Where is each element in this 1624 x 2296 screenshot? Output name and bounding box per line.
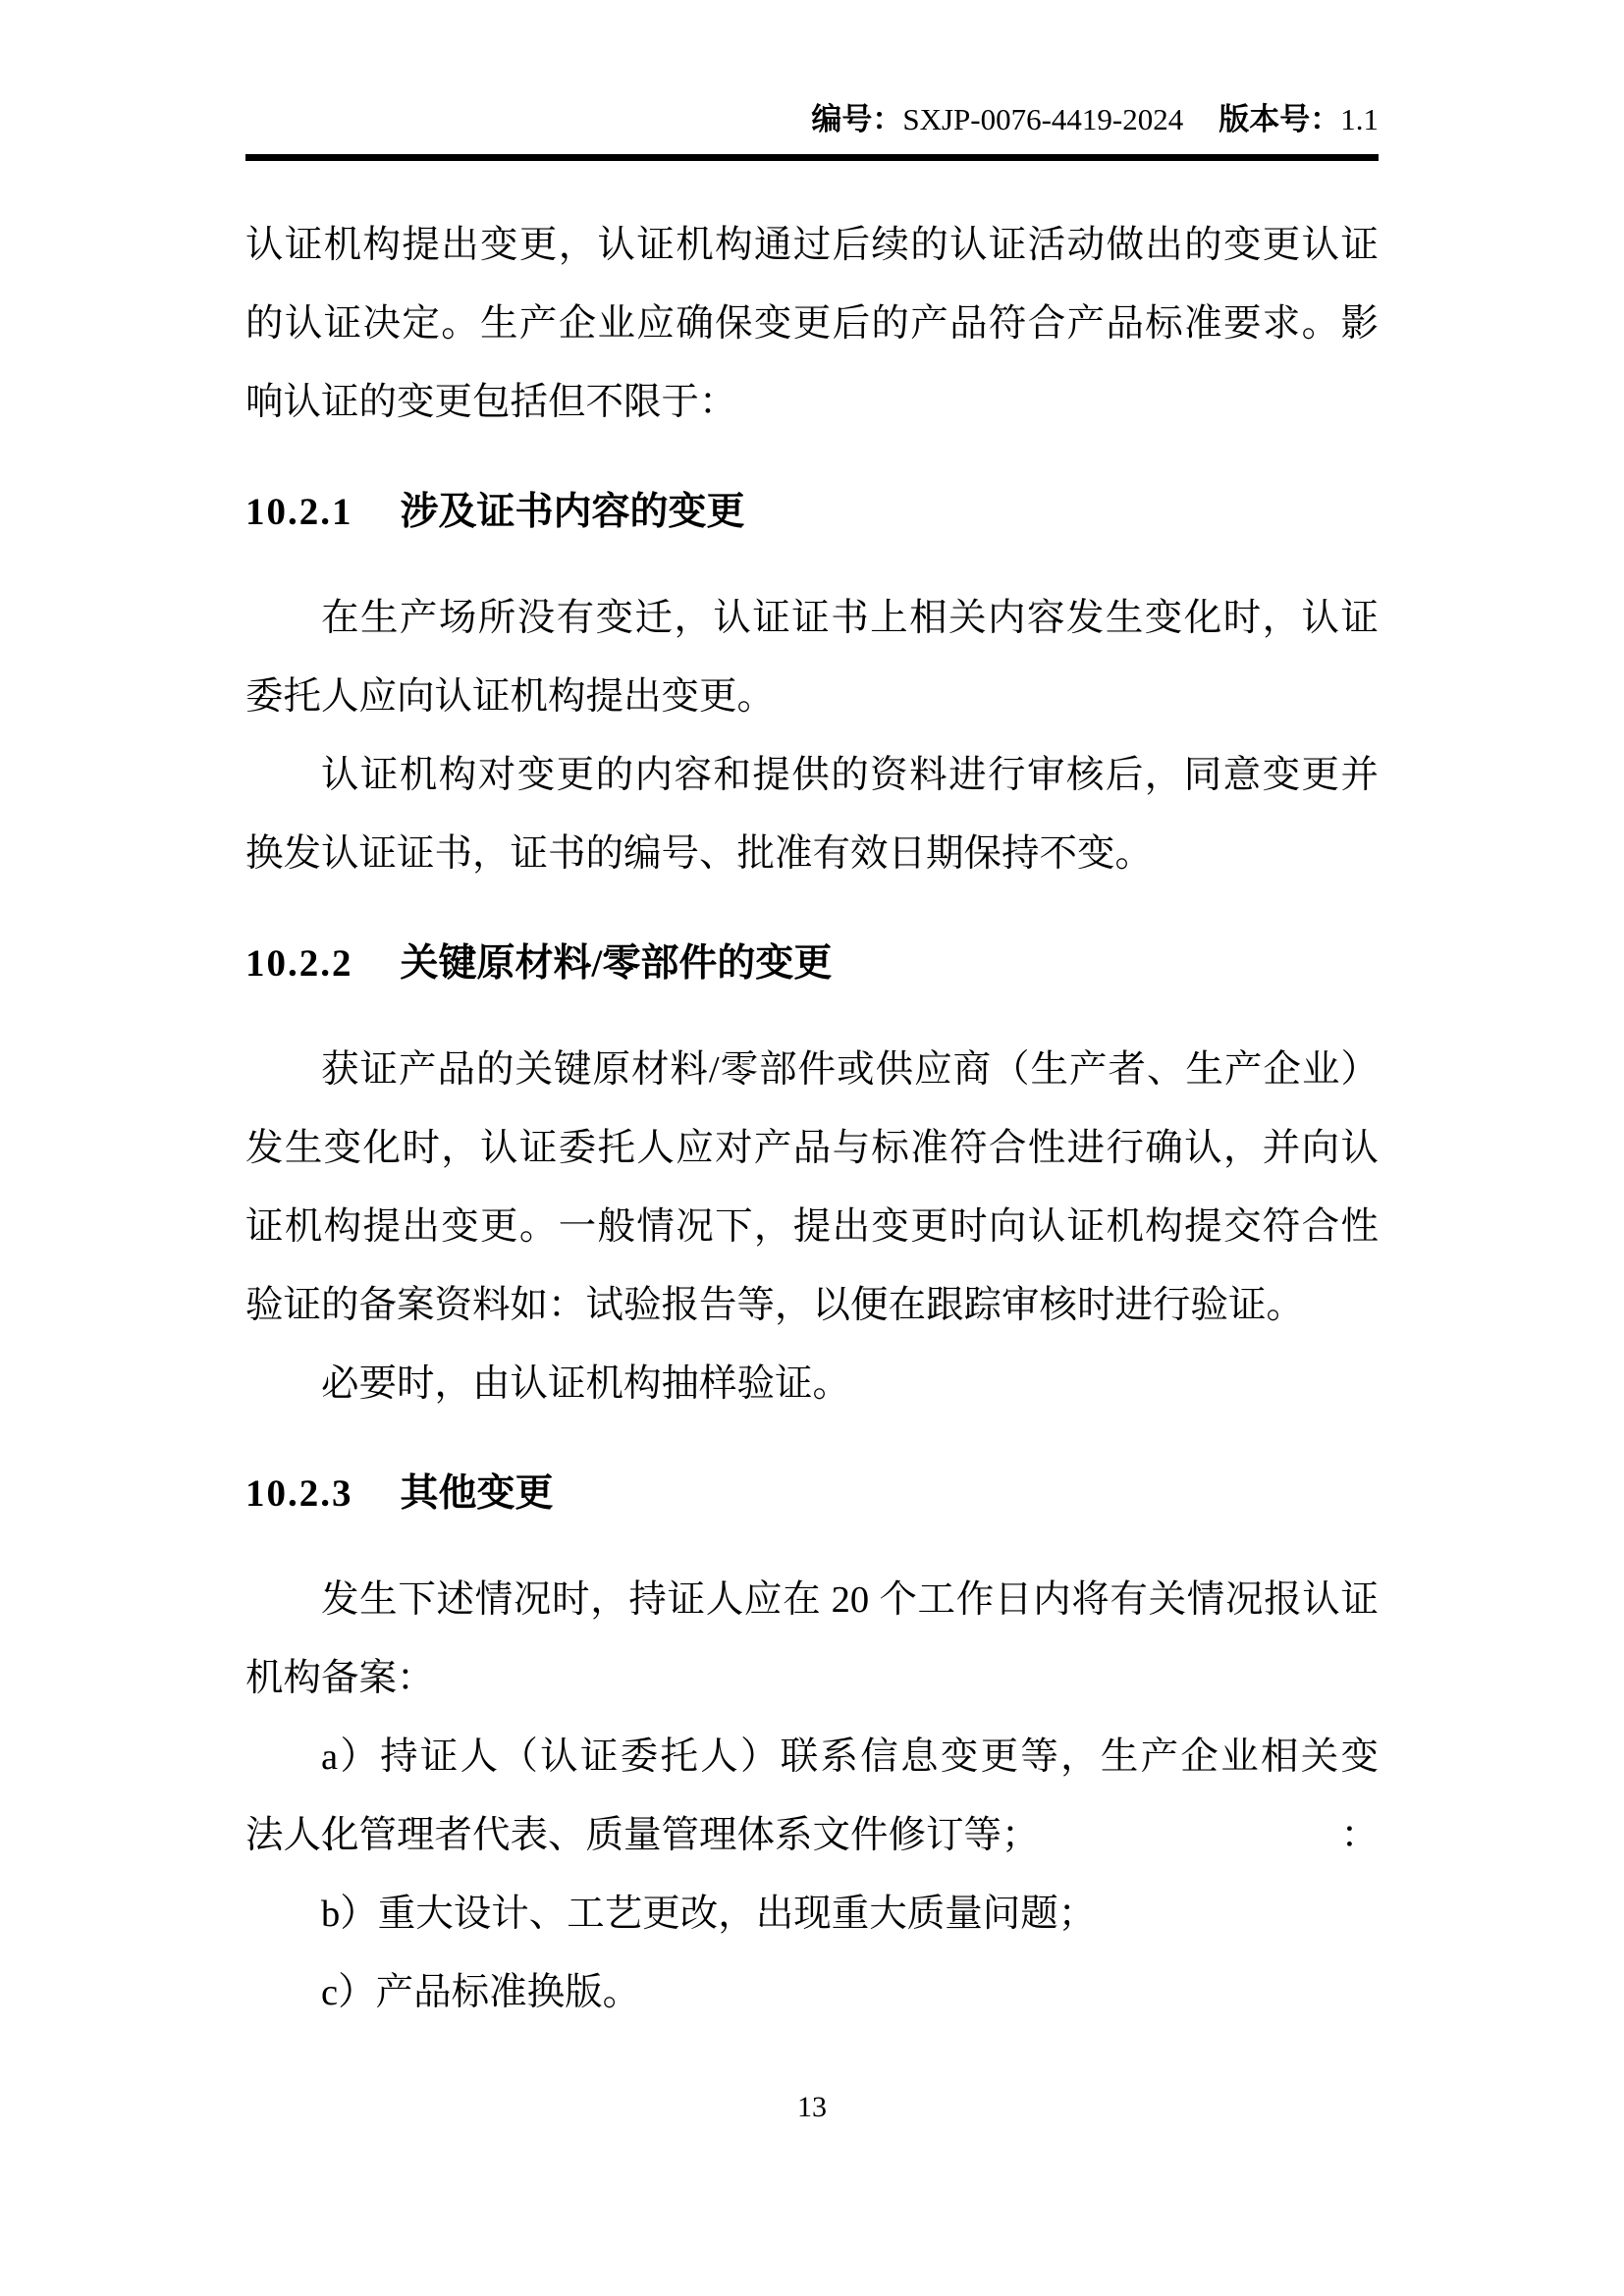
- text-line: 获证产品的关键原材料/零部件或供应商（生产者、生产企业）: [245, 1031, 1379, 1109]
- version-label: 版本号：: [1218, 102, 1340, 136]
- text-line: 换发认证证书，证书的编号、批准有效日期保持不变。: [245, 815, 1379, 893]
- document-page: 编号：SXJP-0076-4419-2024版本号：1.1 认证机构提出变更，认…: [0, 0, 1624, 2296]
- section-heading: 10.2.2关键原材料/零部件的变更: [245, 925, 1379, 1003]
- text-line: 认证机构提出变更，认证机构通过后续的认证活动做出的变更认证: [245, 206, 1379, 285]
- section-heading: 10.2.3其他变更: [245, 1455, 1379, 1533]
- text-line: 认证机构对变更的内容和提供的资料进行审核后，同意变更并: [245, 736, 1379, 815]
- text-line: b）重大设计、工艺更改，出现重大质量问题；: [245, 1875, 1379, 1953]
- section-number: 10.2.1: [245, 473, 353, 552]
- text-line: 委托人应向认证机构提出变更。: [245, 658, 1379, 736]
- text-line: 验证的备案资料如：试验报告等，以便在跟踪审核时进行验证。: [245, 1266, 1379, 1345]
- section-number: 10.2.3: [245, 1455, 353, 1533]
- section-number: 10.2.2: [245, 925, 353, 1003]
- version-value: 1.1: [1340, 102, 1379, 136]
- text-line: a）持证人（认证委托人）联系信息变更等，生产企业相关变化：: [245, 1718, 1379, 1796]
- text-line: 的认证决定。生产企业应确保变更后的产品符合产品标准要求。影: [245, 285, 1379, 363]
- page-number: 13: [797, 2091, 827, 2123]
- text-line: 机构备案：: [245, 1639, 1379, 1718]
- section-title: 关键原材料/零部件的变更: [401, 942, 833, 985]
- text-line: 必要时，由认证机构抽样验证。: [245, 1345, 1379, 1423]
- text-line: 响认证的变更包括但不限于：: [245, 363, 1379, 442]
- text-line: 发生下述情况时，持证人应在 20 个工作日内将有关情况报认证: [245, 1561, 1379, 1639]
- page-header: 编号：SXJP-0076-4419-2024版本号：1.1: [245, 99, 1379, 140]
- text-line: 发生变化时，认证委托人应对产品与标准符合性进行确认，并向认: [245, 1109, 1379, 1188]
- text-line: c）产品标准换版。: [245, 1953, 1379, 2032]
- page-footer: 13: [0, 2089, 1624, 2126]
- header-divider-rule: [245, 154, 1379, 161]
- document-body: 认证机构提出变更，认证机构通过后续的认证活动做出的变更认证的认证决定。生产企业应…: [245, 206, 1379, 2032]
- doc-number-value: SXJP-0076-4419-2024: [902, 102, 1183, 136]
- section-title: 涉及证书内容的变更: [401, 491, 745, 533]
- text-line: 在生产场所没有变迁，认证证书上相关内容发生变化时，认证: [245, 579, 1379, 658]
- section-title: 其他变更: [401, 1472, 554, 1515]
- doc-number-label: 编号：: [811, 102, 902, 136]
- text-line: 证机构提出变更。一般情况下，提出变更时向认证机构提交符合性: [245, 1188, 1379, 1266]
- section-heading: 10.2.1涉及证书内容的变更: [245, 473, 1379, 552]
